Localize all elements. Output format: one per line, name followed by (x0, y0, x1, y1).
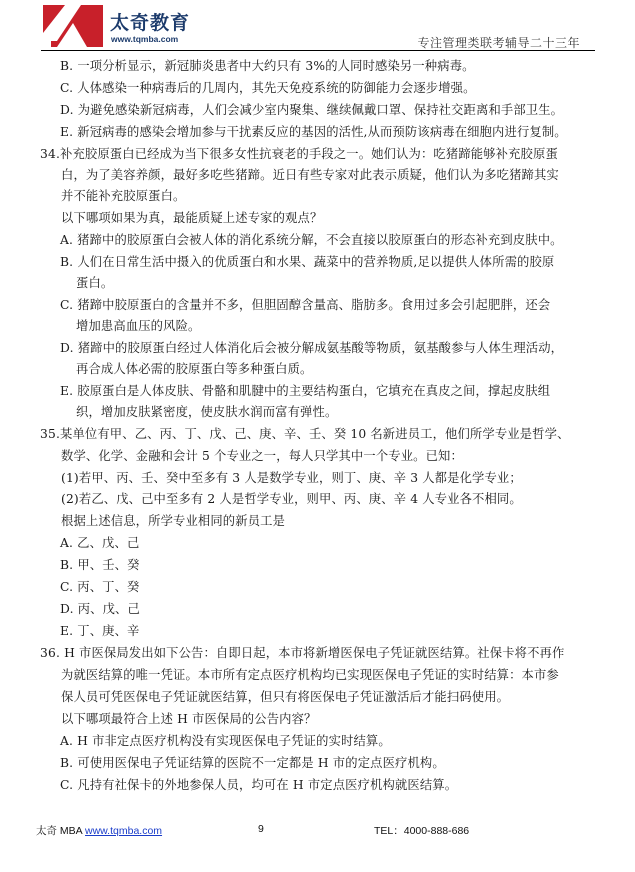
option-label: B. (60, 255, 73, 269)
q34-stem: 34.补充胶原蛋白已经成为当下很多女性抗衰老的手段之一。她们认为：吃猪蹄能够补充… (40, 146, 558, 162)
question-number: 36. (40, 646, 60, 660)
option-label: D. (60, 103, 74, 117)
option-text: 猪蹄中胶原蛋白的含量并不多，但胆固醇含量高、脂肪多。食用过多会引起肥胖，还会 (77, 298, 550, 312)
header-divider (41, 50, 595, 51)
q36-stem-line-2: 为就医结算的唯一凭证。本市所有定点医疗机构均已实现医保电子凭证的实时结算：本市参 (61, 667, 559, 683)
q35-option-d: D. 丙、戊、己 (60, 601, 140, 617)
q35-condition-2: (2)若乙、戊、己中至多有 2 人是哲学专业，则甲、丙、庚、辛 4 人专业各不相… (61, 491, 522, 507)
option-text: 猪蹄中的胶原蛋白会被人体的消化系统分解，不会直接以胶原蛋白的形态补充到皮肤中。 (77, 233, 562, 247)
q34-stem-line-3: 并不能补充胶原蛋白。 (61, 188, 185, 204)
option-label: C. (60, 298, 73, 312)
q34-option-a: A. 猪蹄中的胶原蛋白会被人体的消化系统分解，不会直接以胶原蛋白的形态补充到皮肤… (60, 232, 563, 248)
q34-option-b: B. 人们在日常生活中摄入的优质蛋白和水果、蔬菜中的营养物质,足以提供人体所需的… (60, 254, 554, 270)
q34-stem-line-2: 白，为了美容养颜，最好多吃些猪蹄。近日有些专家对此表示质疑，他们认为多吃猪蹄其实 (61, 167, 559, 183)
q36-option-a: A. H 市非定点医疗机构没有实现医保电子凭证的实时结算。 (60, 733, 391, 749)
document-page: 太奇教育 www.tqmba.com 专注管理类联考辅导二十三年 B. 一项分析… (0, 0, 635, 872)
q34-option-d-cont: 再合成人体必需的胶原蛋白等多种蛋白质。 (76, 361, 313, 377)
q34-option-b-cont: 蛋白。 (76, 275, 113, 291)
q34-option-c-cont: 增加患高血压的风险。 (76, 318, 200, 334)
q35-condition-1: (1)若甲、丙、壬、癸中至多有 3 人是数学专业，则丁、庚、辛 3 人都是化学专… (61, 470, 522, 486)
q33-option-c: C. 人体感染一种病毒后的几周内，其先天免疫系统的防御能力会逐步增强。 (60, 80, 476, 96)
q35-stem-line-2: 数学、化学、金融和会计 5 个专业之一，每人只学其中一个专业。已知： (61, 448, 463, 464)
option-text: 丙、丁、癸 (77, 580, 139, 594)
option-text: 为避免感染新冠病毒，人们会减少室内聚集、继续佩戴口罩、保持社交距离和手部卫生。 (78, 103, 563, 117)
option-text: 一项分析显示，新冠肺炎患者中大约只有 3%的人同时感染另一种病毒。 (77, 59, 474, 73)
q36-stem-line-3: 保人员可凭医保电子凭证就医结算，但只有将医保电子凭证激活后才能扫码使用。 (61, 689, 509, 705)
q33-option-e: E. 新冠病毒的感染会增加参与干扰素反应的基因的活性,从而预防该病毒在细胞内进行… (60, 124, 567, 140)
page-header: 太奇教育 www.tqmba.com 专注管理类联考辅导二十三年 (0, 0, 635, 52)
option-label: A. (60, 734, 73, 748)
option-text: 猪蹄中的胶原蛋白经过人体消化后会被分解成氨基酸等物质，氨基酸参与人体生理活动， (78, 341, 563, 355)
option-text: 丁、庚、辛 (77, 624, 139, 638)
header-slogan: 专注管理类联考辅导二十三年 (417, 34, 580, 51)
q35-question: 根据上述信息，所学专业相同的新员工是 (61, 513, 285, 529)
question-number: 35. (40, 427, 60, 441)
q34-question: 以下哪项如果为真，最能质疑上述专家的观点？ (61, 210, 322, 226)
option-text: H 市非定点医疗机构没有实现医保电子凭证的实时结算。 (77, 734, 391, 748)
option-text: 胶原蛋白是人体皮肤、骨骼和肌腱中的主要结构蛋白，它填充在真皮之间，撑起皮肤组 (77, 384, 550, 398)
option-label: C. (60, 580, 73, 594)
page-footer: 太奇 MBA www.tqmba.com 9 TEL：4000-888-686 (0, 820, 635, 840)
page-number: 9 (258, 823, 264, 835)
option-label: B. (60, 756, 73, 770)
q35-option-a: A. 乙、戊、己 (60, 535, 139, 551)
footer-phone: TEL：4000-888-686 (374, 823, 469, 838)
option-label: B. (60, 59, 73, 73)
option-text: 丙、戊、己 (78, 602, 140, 616)
q36-option-c: C. 凡持有社保卡的外地参保人员，均可在 H 市定点医疗机构就医结算。 (60, 777, 457, 793)
q36-question: 以下哪项最符合上述 H 市医保局的公告内容？ (61, 711, 316, 727)
q34-option-e-cont: 织，增加皮肤紧密度，使皮肤水润而富有弹性。 (76, 404, 337, 420)
q34-option-e: E. 胶原蛋白是人体皮肤、骨骼和肌腱中的主要结构蛋白，它填充在真皮之间，撑起皮肤… (60, 383, 550, 399)
option-label: A. (60, 536, 73, 550)
option-text: 新冠病毒的感染会增加参与干扰素反应的基因的活性,从而预防该病毒在细胞内进行复制。 (77, 125, 567, 139)
q35-option-b: B. 甲、壬、癸 (60, 557, 140, 573)
question-number: 34. (40, 147, 60, 161)
option-text: 可使用医保电子凭证结算的医院不一定都是 H 市的定点医疗机构。 (77, 756, 445, 770)
option-text: 乙、戊、己 (77, 536, 139, 550)
q36-stem: 36. H 市医保局发出如下公告：自即日起，本市将新增医保电子凭证就医结算。社保… (40, 645, 564, 661)
q33-option-b: B. 一项分析显示，新冠肺炎患者中大约只有 3%的人同时感染另一种病毒。 (60, 58, 475, 74)
option-label: B. (60, 558, 73, 572)
footer-brand: 太奇 MBA www.tqmba.com (36, 823, 162, 838)
option-label: C. (60, 81, 73, 95)
option-text: 甲、壬、癸 (77, 558, 139, 572)
q34-option-d: D. 猪蹄中的胶原蛋白经过人体消化后会被分解成氨基酸等物质，氨基酸参与人体生理活… (60, 340, 563, 356)
q35-option-e: E. 丁、庚、辛 (60, 623, 140, 639)
q33-option-d: D. 为避免感染新冠病毒，人们会减少室内聚集、继续佩戴口罩、保持社交距离和手部卫… (60, 102, 563, 118)
footer-website-link[interactable]: www.tqmba.com (85, 825, 162, 837)
q34-option-c: C. 猪蹄中胶原蛋白的含量并不多，但胆固醇含量高、脂肪多。食用过多会引起肥胖，还… (60, 297, 550, 313)
option-label: E. (60, 384, 73, 398)
option-text: 人体感染一种病毒后的几周内，其先天免疫系统的防御能力会逐步增强。 (77, 81, 475, 95)
option-label: E. (60, 624, 73, 638)
option-text: 人们在日常生活中摄入的优质蛋白和水果、蔬菜中的营养物质,足以提供人体所需的胶原 (77, 255, 554, 269)
q36-option-b: B. 可使用医保电子凭证结算的医院不一定都是 H 市的定点医疗机构。 (60, 755, 445, 771)
logo-icon (43, 5, 103, 47)
option-label: D. (60, 341, 74, 355)
option-text: 凡持有社保卡的外地参保人员，均可在 H 市定点医疗机构就医结算。 (77, 778, 457, 792)
q35-stem: 35.某单位有甲、乙、丙、丁、戊、己、庚、辛、壬、癸 10 名新进员工，他们所学… (40, 426, 570, 442)
logo-text: 太奇教育 (110, 8, 190, 35)
option-label: C. (60, 778, 73, 792)
option-label: A. (60, 233, 73, 247)
option-label: D. (60, 602, 74, 616)
option-label: E. (60, 125, 73, 139)
q35-option-c: C. 丙、丁、癸 (60, 579, 140, 595)
logo-url: www.tqmba.com (111, 34, 178, 44)
